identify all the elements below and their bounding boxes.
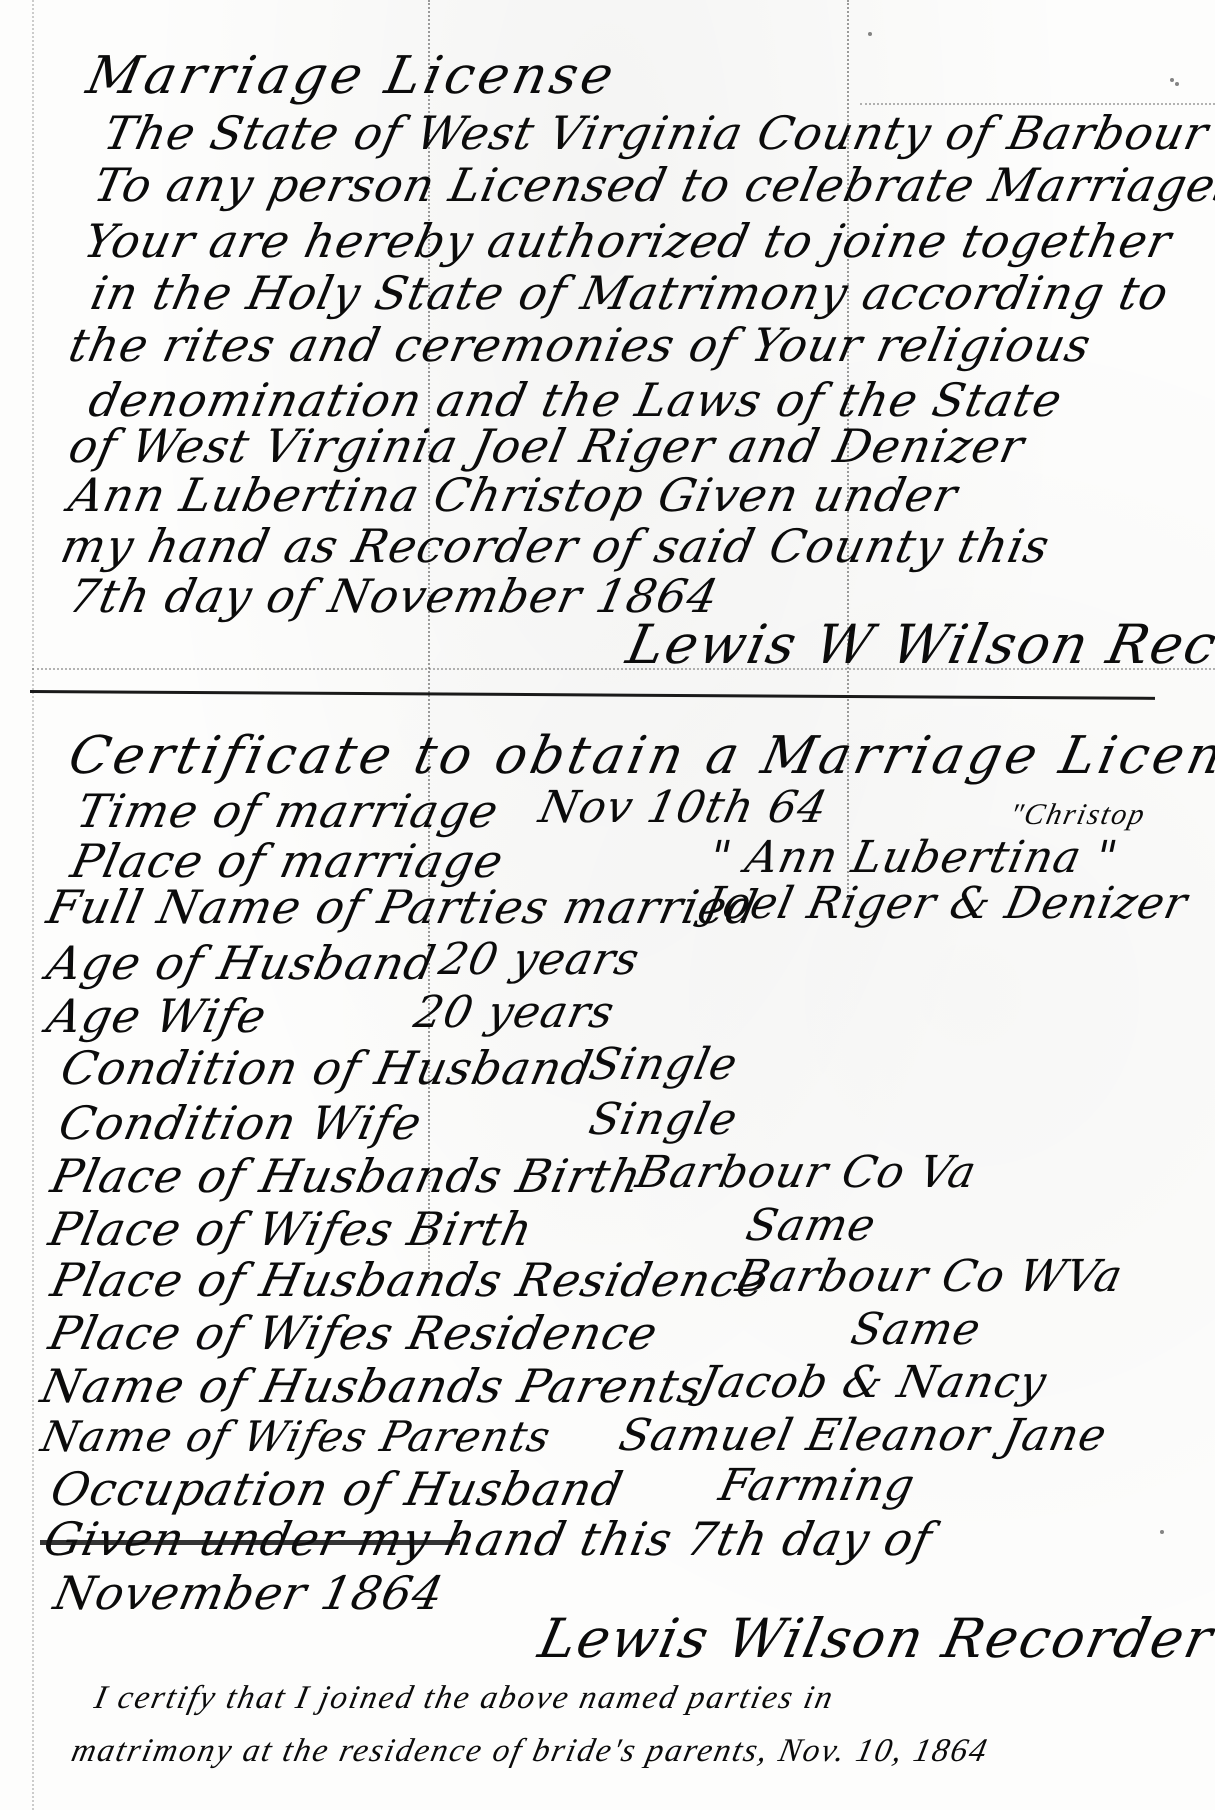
field-value-age-wife: 20 years (410, 991, 618, 1035)
scan-speck (1160, 1530, 1164, 1534)
license-title: Marriage License (82, 50, 621, 102)
field-label-age-wife: Age Wife (43, 993, 271, 1039)
field-value-place-of-marriage: " Ann Lubertina " (705, 836, 1121, 880)
section-divider (30, 690, 1155, 700)
field-value-condition-of-husband: Single (585, 1043, 741, 1087)
license-line-7: of West Virginia Joel Riger and Denizer (65, 423, 1029, 469)
field-value-place-of-wifes-residence: Same (847, 1308, 984, 1352)
field-label-occupation-of-husband: Occupation of Husband (47, 1466, 627, 1512)
field-value-condition-wife: Single (585, 1098, 741, 1142)
license-line-8: Ann Lubertina Christop Given under (65, 472, 962, 518)
field-label-age-of-husband: Age of Husband (43, 940, 440, 986)
scan-speck (1170, 78, 1174, 82)
certification-line-1: I certify that I joined the above named … (91, 1682, 837, 1715)
scan-speck (1175, 82, 1179, 86)
given-under-strikethrough (40, 1540, 460, 1545)
license-line-9: my hand as Recorder of said County this (57, 523, 1054, 569)
field-value-place-of-husbands-birth: Barbour Co Va (632, 1151, 980, 1195)
license-line-1: The State of West Virginia County of Bar… (100, 110, 1213, 156)
certificate-title: Certificate to obtain a Marriage License (64, 730, 1215, 782)
field-value-age-of-husband: 20 years (435, 938, 643, 982)
field-label-place-of-wifes-birth: Place of Wifes Birth (45, 1206, 537, 1252)
left-margin-line (32, 0, 34, 1810)
license-line-3: Your are hereby authorized to joine toge… (80, 218, 1176, 264)
scan-speck (868, 32, 872, 36)
field-label-place-of-husbands-birth: Place of Husbands Birth (47, 1153, 646, 1199)
field-value-name-of-husbands-parents: Jacob & Nancy (695, 1361, 1050, 1405)
license-line-6: denomination and the Laws of the State (85, 377, 1066, 423)
field-label-name-of-husbands-parents: Name of Husbands Parents (37, 1363, 708, 1409)
field-label-name-of-wifes-parents: Name of Wifes Parents (38, 1416, 555, 1458)
field-label-condition-of-husband: Condition of Husband (57, 1045, 597, 1091)
document-page: Marriage License The State of West Virgi… (0, 0, 1215, 1810)
field-value-occupation-of-husband: Farming (715, 1464, 918, 1508)
field-label-place-of-marriage: Place of marriage (67, 838, 508, 884)
license-line-2: To any person Licensed to celebrate Marr… (90, 162, 1215, 208)
license-line-10: 7th day of November 1864 (65, 573, 723, 619)
given-under-line: Given under my hand this 7th day of (40, 1516, 936, 1562)
certificate-signature: Lewis Wilson Recorder (534, 1612, 1215, 1666)
field-value-name-of-wifes-parents: Samuel Eleanor Jane (615, 1414, 1110, 1458)
field-label-condition-wife: Condition Wife (55, 1100, 426, 1146)
scan-speck (330, 1220, 334, 1224)
certification-line-2: matrimony at the residence of bride's pa… (68, 1735, 991, 1768)
field-label-time-of-marriage: Time of marriage (73, 788, 503, 834)
given-under-date: November 1864 (50, 1570, 448, 1616)
field-value-full-name-of-parties: Joel Riger & Denizer (700, 882, 1191, 926)
field-label-place-of-husbands-residence: Place of Husbands Residence (47, 1257, 771, 1303)
license-line-4: in the Holy State of Matrimony according… (87, 270, 1173, 316)
license-line-5: the rites and ceremonies of Your religio… (65, 322, 1095, 368)
field-value-time-of-marriage: Nov 10th 64 (535, 786, 831, 830)
license-signature: Lewis W Wilson Recorder (622, 618, 1215, 672)
field-label-full-name-of-parties: Full Name of Parties married (43, 884, 762, 930)
field-annotation-place-of-marriage: "Christop (1007, 800, 1149, 830)
field-value-place-of-wifes-birth: Same (742, 1204, 879, 1248)
horizontal-fold-line-top (860, 103, 1215, 105)
field-value-place-of-husbands-residence: Barbour Co WVa (732, 1255, 1126, 1299)
field-label-place-of-wifes-residence: Place of Wifes Residence (45, 1310, 662, 1356)
